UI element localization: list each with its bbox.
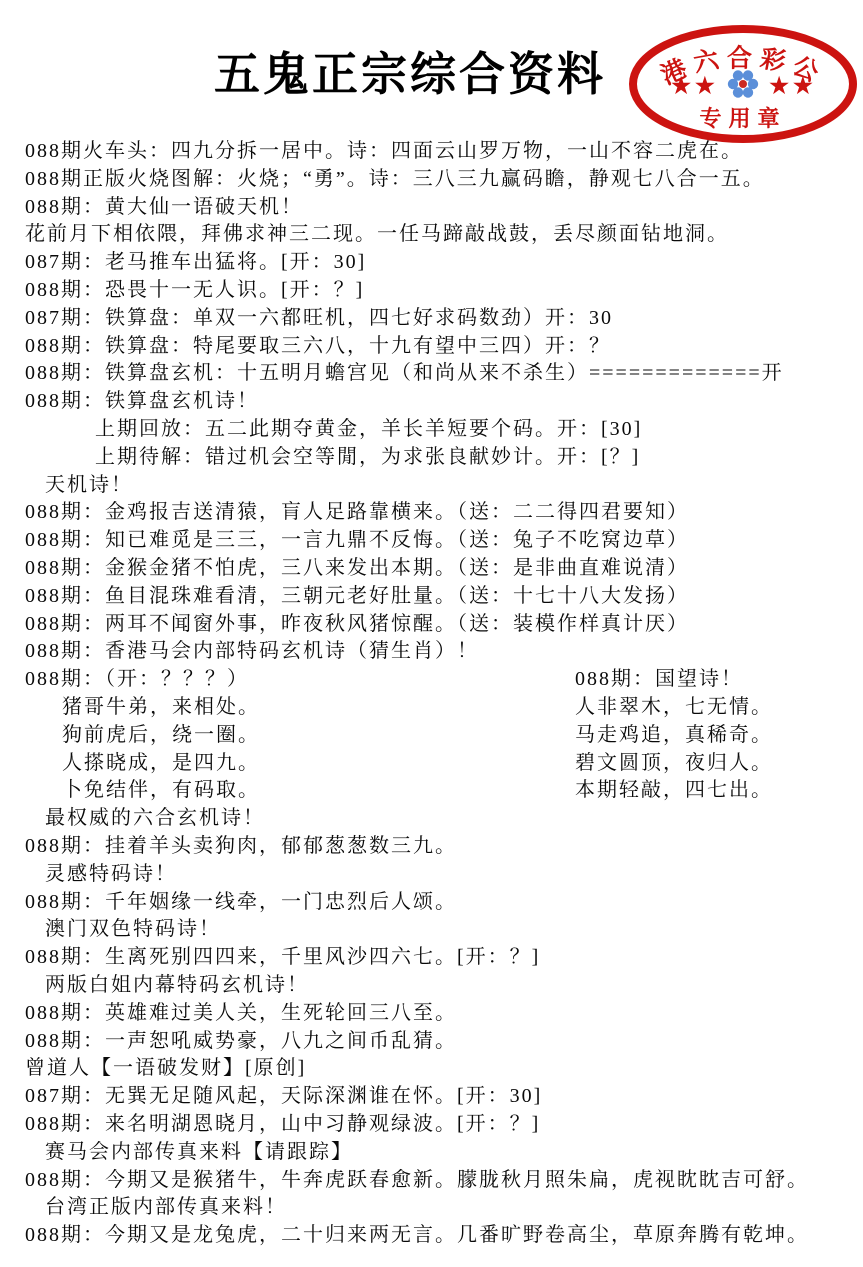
text-line: 卜免结伴，有码取。: [25, 777, 260, 805]
text-line: 上期待解：错过机会空等閒，为求张良献妙计。开：[？]: [25, 444, 860, 472]
text-line: 088期：铁算盘玄机：十五明月蟾宫见（和尚从来不杀生）=============…: [25, 360, 860, 388]
text-line: 狗前虎后，绕一圈。: [25, 722, 260, 750]
section-heading: 赛马会内部传真来料【请跟踪】: [25, 1139, 860, 1167]
text-line: 马走鸡追，真稀奇。: [575, 722, 773, 750]
document-body: 088期火车头：四九分拆一居中。诗：四面云山罗万物，一山不容二虎在。 088期正…: [25, 138, 860, 1250]
text-line: 088期：两耳不闻窗外事，昨夜秋风猪惊醒。（送：装模作样真计厌）: [25, 611, 860, 639]
text-line: 087期：铁算盘：单双一六都旺机，四七好求码数劲）开：30: [25, 305, 860, 333]
poem-column-left: 088期：（开：？？？） 猪哥牛弟，来相处。 狗前虎后，绕一圈。 人搽晓成，是四…: [25, 666, 260, 805]
text-line: 088期：铁算盘：特尾要取三六八，十九有望中三四）开：？: [25, 333, 860, 361]
section-heading: 最权威的六合玄机诗！: [25, 805, 860, 833]
text-line: 088期：今期又是猴猪牛，牛奔虎跃春愈新。朦胧秋月照朱扁，虎视眈眈吉可舒。: [25, 1167, 860, 1195]
text-line: 088期：铁算盘玄机诗！: [25, 388, 860, 416]
page-title: 五鬼正宗综合资料: [170, 38, 650, 104]
text-line: 花前月下相依隈，拜佛求神三二现。一任马蹄敲战鼓，丢尽颜面钻地洞。: [25, 221, 860, 249]
section-heading: 澳门双色特码诗！: [25, 916, 860, 944]
text-line: 088期：香港马会内部特码玄机诗（猜生肖）！: [25, 638, 860, 666]
stamp-stars-left: ★★: [671, 73, 718, 98]
company-stamp: 香港六合彩公司 ★★ ★★ 专用章: [624, 22, 862, 146]
text-line: 088期：黄大仙一语破天机！: [25, 194, 860, 222]
text-line: 088期：英雄难过美人关，生死轮回三八至。: [25, 1000, 860, 1028]
text-line: 088期正版火烧图解：火烧；“勇”。诗：三八三九赢码瞻，静观七八合一五。: [25, 166, 860, 194]
section-heading: 两版白姐内幕特码玄机诗！: [25, 972, 860, 1000]
text-line: 088期：一声恕吼威势豪，八九之间币乱猜。: [25, 1028, 860, 1056]
text-line: 人非翠木，七无情。: [575, 694, 773, 722]
text-line: 088期：金鸡报吉送清猿，肓人足路靠横来。（送：二二得四君要知）: [25, 499, 860, 527]
section-heading: 灵感特码诗！: [25, 861, 860, 889]
poem-column-right: 088期：国望诗！ 人非翠木，七无情。 马走鸡追，真稀奇。 碧文圆顶，夜归人。 …: [575, 666, 773, 805]
text-line: 上期回放：五二此期夺黄金，羊长羊短要个码。开：[30]: [25, 416, 860, 444]
text-line: 猪哥牛弟，来相处。: [25, 694, 260, 722]
text-line: 088期：恐畏十一无人识。[开：？]: [25, 277, 860, 305]
text-line: 088期：金猴金猪不怕虎，三八来发出本期。（送：是非曲直难说清）: [25, 555, 860, 583]
text-line: 本期轻敲，四七出。: [575, 777, 773, 805]
section-heading: 台湾正版内部传真来料！: [25, 1194, 860, 1222]
stamp-bottom-text: 专用章: [699, 106, 786, 131]
text-line: 碧文圆顶，夜归人。: [575, 750, 773, 778]
text-line: 088期：来名明湖恩晓月，山中习静观绿波。[开：？]: [25, 1111, 860, 1139]
text-line: 088期火车头：四九分拆一居中。诗：四面云山罗万物，一山不容二虎在。: [25, 138, 860, 166]
text-line: 087期：老马推车出猛将。[开：30]: [25, 249, 860, 277]
text-line: 088期：生离死别四四来，千里风沙四六七。[开：？]: [25, 944, 860, 972]
text-line: 088期：鱼目混珠难看清，三朝元老好肚量。（送：十七十八大发扬）: [25, 583, 860, 611]
text-line: 088期：今期又是龙兔虎，二十归来两无言。几番旷野卷高尘，草原奔腾有乾坤。: [25, 1222, 860, 1250]
text-line: 088期：千年姻缘一线牵，一门忠烈后人颂。: [25, 889, 860, 917]
text-line: 人搽晓成，是四九。: [25, 750, 260, 778]
text-line: 088期：国望诗！: [575, 666, 773, 694]
text-line: 088期：知已难觅是三三，一言九鼎不反悔。（送：兔子不吃窝边草）: [25, 527, 860, 555]
section-heading: 曾道人【一语破发财】[原创]: [25, 1055, 860, 1083]
text-line: 087期：无巽无足随风起，天际深渊谁在怀。[开：30]: [25, 1083, 860, 1111]
stamp-stars-right: ★★: [769, 73, 816, 98]
text-line: 088期：（开：？？？）: [25, 666, 260, 694]
text-line: 088期：挂着羊头卖狗肉，郁郁葱葱数三九。: [25, 833, 860, 861]
stamp-flower-center: [739, 80, 747, 88]
section-heading: 天机诗！: [25, 472, 860, 500]
two-column-poems: 088期：（开：？？？） 猪哥牛弟，来相处。 狗前虎后，绕一圈。 人搽晓成，是四…: [25, 666, 860, 805]
